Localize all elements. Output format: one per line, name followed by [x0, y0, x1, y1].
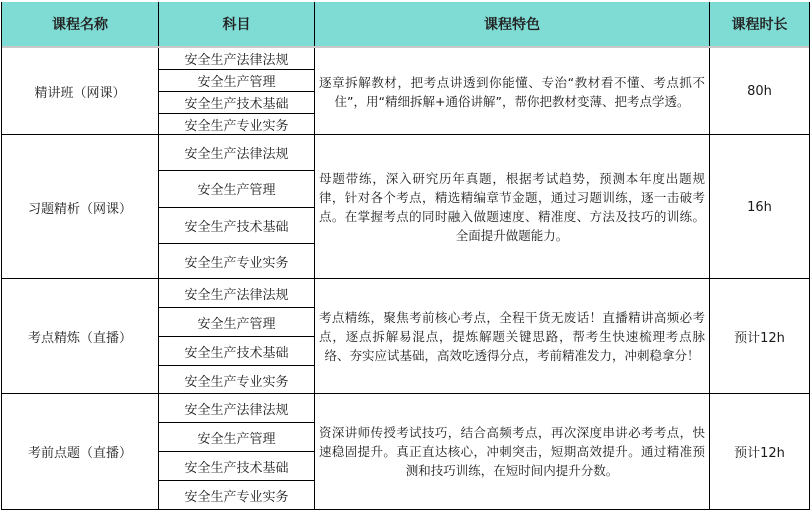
header-duration: 课程时长 [709, 2, 809, 46]
feature-text: 资深讲师传授考试技巧，结合高频考点，再次深度串讲必考考点，快速稳固提升。真正直达… [319, 423, 705, 480]
subject-item: 安全生产法律法规 [159, 48, 314, 69]
subject-list: 安全生产法律法规 安全生产管理 安全生产技术基础 安全生产专业实务 [158, 135, 314, 279]
course-name: 精讲班（网课） [2, 48, 158, 135]
subject-list: 安全生产法律法规 安全生产管理 安全生产技术基础 安全生产专业实务 [158, 394, 314, 509]
course-duration: 预计12h [709, 279, 809, 394]
subject-item: 安全生产技术基础 [159, 91, 314, 113]
table-row: 习题精析（网课） 安全生产法律法规 安全生产管理 安全生产技术基础 安全生产专业… [2, 134, 809, 279]
subject-item: 安全生产专业实务 [159, 365, 314, 394]
subject-list: 安全生产法律法规 安全生产管理 安全生产技术基础 安全生产专业实务 [158, 48, 314, 135]
subject-item: 安全生产专业实务 [159, 243, 314, 279]
table-header: 课程名称 科目 课程特色 课程时长 [2, 2, 809, 48]
feature-text: 考点精练，聚焦考前核心考点，全程干货无废话！直播精讲高频必考点，逐点拆解易混点，… [319, 308, 705, 365]
course-table: 课程名称 科目 课程特色 课程时长 精讲班（网课） 安全生产法律法规 安全生产管… [1, 2, 810, 510]
subject-item: 安全生产管理 [159, 307, 314, 336]
course-duration: 80h [709, 48, 809, 135]
subject-item: 安全生产技术基础 [159, 451, 314, 480]
subject-item: 安全生产技术基础 [159, 207, 314, 243]
course-name: 考点精炼（直播） [2, 279, 158, 394]
course-feature: 考点精练，聚焦考前核心考点，全程干货无废话！直播精讲高频必考点，逐点拆解易混点，… [314, 279, 709, 394]
subject-item: 安全生产技术基础 [159, 336, 314, 365]
course-feature: 逐章拆解教材，把考点讲透到你能懂、专治“教材看不懂、考点抓不住”，用“精细拆解+… [314, 48, 709, 135]
table-row: 考点精炼（直播） 安全生产法律法规 安全生产管理 安全生产技术基础 安全生产专业… [2, 278, 809, 394]
course-name: 习题精析（网课） [2, 135, 158, 279]
course-duration: 预计12h [709, 394, 809, 509]
header-subject: 科目 [158, 2, 314, 46]
feature-text: 逐章拆解教材，把考点讲透到你能懂、专治“教材看不懂、考点抓不住”，用“精细拆解+… [319, 73, 705, 111]
subject-list: 安全生产法律法规 安全生产管理 安全生产技术基础 安全生产专业实务 [158, 279, 314, 394]
subject-item: 安全生产法律法规 [159, 279, 314, 307]
course-duration: 16h [709, 135, 809, 279]
course-name: 考前点题（直播） [2, 394, 158, 509]
header-features: 课程特色 [314, 2, 709, 46]
subject-item: 安全生产法律法规 [159, 394, 314, 422]
course-feature: 资深讲师传授考试技巧，结合高频考点，再次深度串讲必考考点，快速稳固提升。真正直达… [314, 394, 709, 509]
course-feature: 母题带练，深入研究历年真题，根据考试趋势，预测本年度出题规律，针对各个考点，精选… [314, 135, 709, 279]
subject-item: 安全生产管理 [159, 422, 314, 451]
subject-item: 安全生产法律法规 [159, 135, 314, 170]
subject-item: 安全生产专业实务 [159, 480, 314, 509]
table-row: 精讲班（网课） 安全生产法律法规 安全生产管理 安全生产技术基础 安全生产专业实… [2, 48, 809, 135]
subject-item: 安全生产管理 [159, 170, 314, 206]
subject-item: 安全生产专业实务 [159, 113, 314, 135]
header-course-name: 课程名称 [2, 2, 158, 46]
feature-text: 母题带练，深入研究历年真题，根据考试趋势，预测本年度出题规律，针对各个考点，精选… [319, 169, 705, 245]
table-row: 考前点题（直播） 安全生产法律法规 安全生产管理 安全生产技术基础 安全生产专业… [2, 393, 809, 509]
subject-item: 安全生产管理 [159, 69, 314, 91]
